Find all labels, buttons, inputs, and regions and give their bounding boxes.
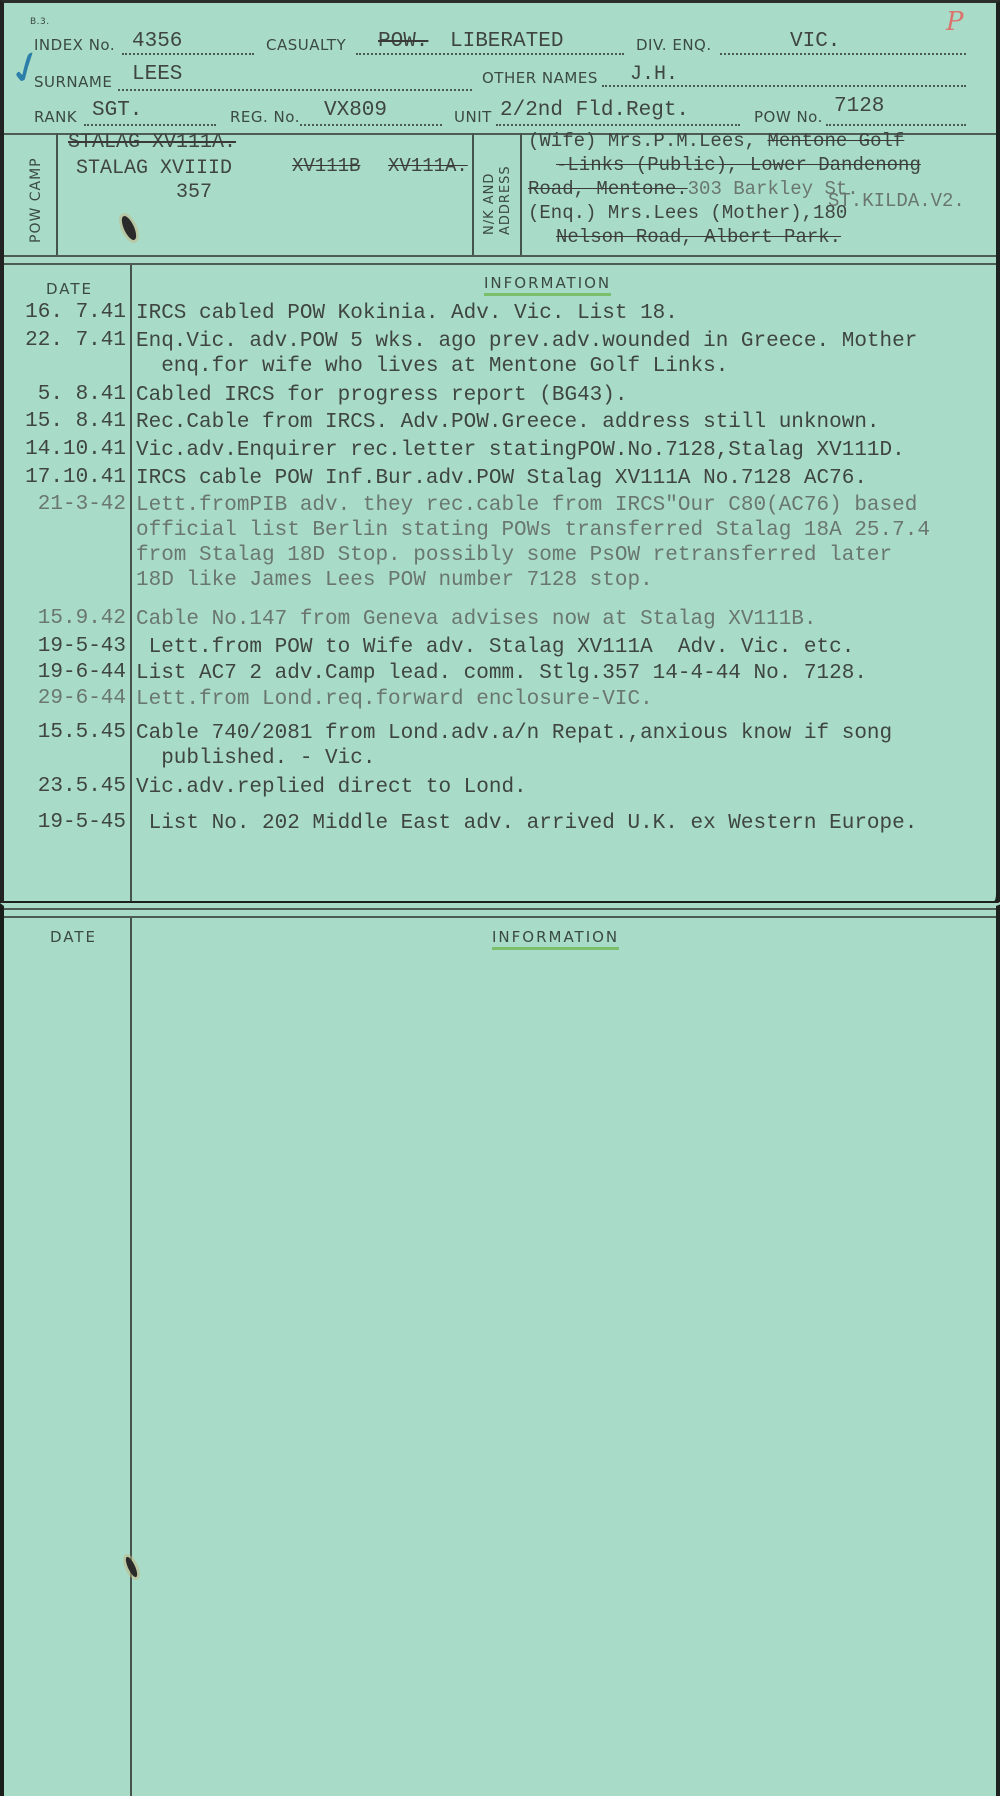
pow-camp-right-struck: XV111B [292,155,360,177]
nk-struck-address: Mentone Golf [767,130,904,152]
dotted-line [826,124,966,126]
nk-wife: (Wife) Mrs.P.M.Lees, [528,130,756,152]
reg-no-value: VX809 [324,99,387,122]
dotted-line [122,53,254,55]
red-pencil-mark-icon: P [946,7,964,37]
entry-date: 19-5-43 [4,635,126,658]
dotted-line [356,53,624,55]
nk-struck-address: Nelson Road, Albert Park. [528,225,996,249]
dotted-line [300,124,442,126]
casualty-label: CASUALTY [266,36,346,54]
other-names-value: J.H. [630,63,678,86]
entry-information: Cabled IRCS for progress report (BG43). [136,383,996,408]
divider-line [472,133,474,257]
date-header: DATE [46,280,93,298]
column-divider [130,918,132,1796]
entry-information: Cable No.147 from Geneva advises now at … [136,607,996,632]
rank-label: RANK [34,108,77,126]
entry-date: 16. 7.41 [4,301,126,324]
entry-date: 5. 8.41 [4,383,126,406]
entry-date: 15. 8.41 [4,410,126,433]
divider-line [56,133,58,257]
punch-hole [119,214,139,242]
entry-information: IRCS cabled POW Kokinia. Adv. Vic. List … [136,301,996,326]
pow-camp-number: 357 [176,181,212,204]
entry-information: IRCS cable POW Inf.Bur.adv.POW Stalag XV… [136,466,996,491]
information-header: INFORMATION [492,928,619,950]
dotted-line [720,53,966,55]
nk-label-line1: N/K AND [482,173,497,235]
surname-label: SURNAME [34,73,112,91]
double-divider [4,255,996,265]
double-divider [4,908,996,918]
entry-date: 15.9.42 [4,607,126,630]
pow-no-value: 7128 [834,95,884,118]
entry-date: 14.10.41 [4,438,126,461]
dotted-line [84,124,216,126]
reg-no-label: REG. No. [230,108,300,126]
entry-information: Cable 740/2081 from Lond.adv.a/n Repat.,… [136,721,996,771]
entry-date: 15.5.45 [4,721,126,744]
entry-information: Lett.fromPIB adv. they rec.cable from IR… [136,493,996,593]
entry-information: Vic.adv.Enquirer rec.letter statingPOW.N… [136,438,996,463]
div-enq-label: DIV. ENQ. [636,36,712,54]
nk-struck-address: -Links (Public), Lower Dandenong [528,153,996,177]
unit-value: 2/2nd Fld.Regt. [500,99,689,122]
entry-information: List AC7 2 adv.Camp lead. comm. Stlg.357… [136,661,996,686]
index-card-front: B.3. ✓ P INDEX No. 4356 CASUALTY POW. LI… [0,0,1000,904]
information-header: INFORMATION [484,274,611,296]
entry-information: Enq.Vic. adv.POW 5 wks. ago prev.adv.wou… [136,329,996,379]
nk-address-block: (Wife) Mrs.P.M.Lees, Mentone Golf -Links… [528,129,996,249]
entry-date: 23.5.45 [4,775,126,798]
form-code: B.3. [30,17,50,27]
entry-information: Lett.from POW to Wife adv. Stalag XV111A… [136,635,996,660]
index-card-back: DATE INFORMATION [0,903,1000,1796]
nk-label-line2: ADDRESS [498,165,513,235]
divider-line [520,133,522,257]
entry-date: 17.10.41 [4,466,126,489]
index-no-value: 4356 [132,30,182,53]
entry-date: 19-5-45 [4,811,126,834]
entry-date: 22. 7.41 [4,329,126,352]
entry-information: List No. 202 Middle East adv. arrived U.… [136,811,996,836]
pow-camp-label: POW CAMP [28,157,44,243]
other-names-label: OTHER NAMES [482,69,598,87]
entry-date: 21-3-42 [4,493,126,516]
column-divider [130,265,132,901]
entry-date: 19-6-44 [4,661,126,684]
index-no-label: INDEX No. [34,36,115,54]
date-header: DATE [50,928,97,946]
unit-label: UNIT [454,108,492,126]
entry-information: Rec.Cable from IRCS. Adv.POW.Greece. add… [136,410,996,435]
pow-camp-current: STALAG XVIIID [76,157,232,180]
pow-no-label: POW No. [754,108,823,126]
nk-struck-address: Road, Mentone. [528,178,688,200]
pow-camp-struck: STALAG XV111A. [68,131,236,154]
pow-camp-right-value: XV111A. [388,155,468,177]
casualty-value: LIBERATED [450,30,563,53]
entry-information: Vic.adv.replied direct to Lond. [136,775,996,800]
entry-date: 29-6-44 [4,687,126,710]
dotted-line [118,89,472,91]
entry-information: Lett.from Lond.req.forward enclosure-VIC… [136,687,996,712]
nk-new-suburb: ST.KILDA.V2. [828,189,965,213]
dotted-line [496,124,740,126]
casualty-struck-value: POW. [378,30,428,53]
div-enq-value: VIC. [790,30,840,53]
surname-value: LEES [132,63,182,86]
rank-value: SGT. [92,99,142,122]
